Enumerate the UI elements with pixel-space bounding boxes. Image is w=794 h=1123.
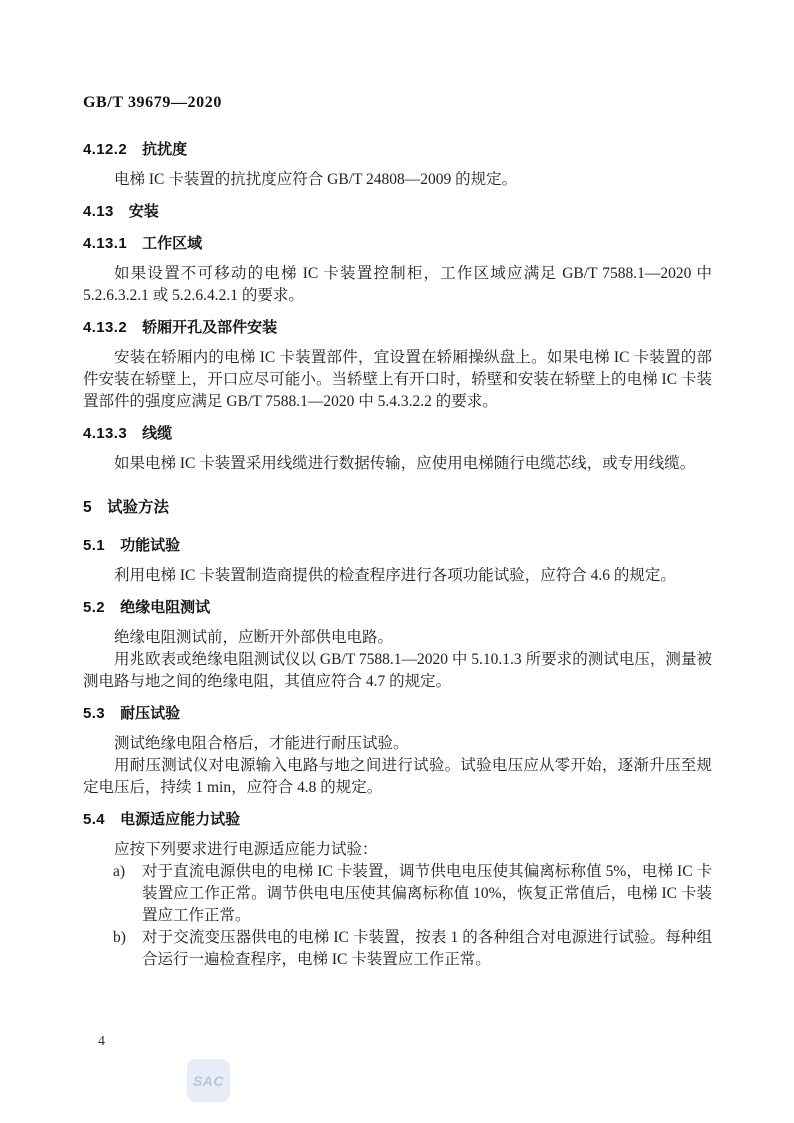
ordered-list: a) 对于直流电源供电的电梯 IC 卡装置，调节供电电压使其偏离标称值 5%，电… [83, 861, 712, 971]
list-item-b: b) 对于交流变压器供电的电梯 IC 卡装置，按表 1 的各种组合对电源进行试验… [83, 927, 712, 971]
section-number: 4.13.1 [83, 233, 127, 255]
section-title: 抗扰度 [142, 141, 187, 158]
paragraph: 绝缘电阻测试前，应断开外部供电电路。 [83, 627, 712, 649]
section-heading-4-13: 4.13安装 [83, 201, 712, 223]
section-title: 功能试验 [120, 537, 180, 554]
paragraph: 电梯 IC 卡装置的抗扰度应符合 GB/T 24808—2009 的规定。 [83, 169, 712, 191]
section-heading-5-2: 5.2绝缘电阻测试 [83, 597, 712, 619]
paragraph: 如果电梯 IC 卡装置采用线缆进行数据传输，应使用电梯随行电缆芯线，或专用线缆。 [83, 453, 712, 475]
section-title: 绝缘电阻测试 [120, 599, 210, 616]
paragraph: 用兆欧表或绝缘电阻测试仪以 GB/T 7588.1—2020 中 5.10.1.… [83, 649, 712, 693]
chapter-title: 试验方法 [107, 499, 169, 516]
section-number: 5.2 [83, 597, 105, 619]
section-number: 5.1 [83, 535, 105, 557]
paragraph: 测试绝缘电阻合格后，才能进行耐压试验。 [83, 733, 712, 755]
sac-logo-text: SAC [193, 1073, 224, 1089]
section-title: 安装 [129, 203, 159, 220]
section-title: 耐压试验 [120, 705, 180, 722]
paragraph: 利用电梯 IC 卡装置制造商提供的检查程序进行各项功能试验，应符合 4.6 的规… [83, 565, 712, 587]
list-item-a: a) 对于直流电源供电的电梯 IC 卡装置，调节供电电压使其偏离标称值 5%，电… [83, 861, 712, 927]
section-title: 线缆 [142, 425, 172, 442]
section-heading-5-1: 5.1功能试验 [83, 535, 712, 557]
sac-watermark-logo: SAC [187, 1059, 230, 1102]
document-page: GB/T 39679—2020 4.12.2抗扰度 电梯 IC 卡装置的抗扰度应… [0, 0, 794, 1123]
section-title: 工作区域 [142, 235, 202, 252]
section-heading-4-13-2: 4.13.2轿厢开孔及部件安装 [83, 317, 712, 339]
chapter-number: 5 [83, 497, 92, 519]
paragraph: 用耐压测试仪对电源输入电路与地之间进行试验。试验电压应从零开始，逐渐升压至规定电… [83, 755, 712, 799]
section-number: 5.4 [83, 809, 105, 831]
section-heading-4-13-3: 4.13.3线缆 [83, 423, 712, 445]
section-title: 轿厢开孔及部件安装 [142, 319, 277, 336]
page-content: GB/T 39679—2020 4.12.2抗扰度 电梯 IC 卡装置的抗扰度应… [83, 92, 712, 971]
section-heading-5-4: 5.4电源适应能力试验 [83, 809, 712, 831]
list-item-text: 对于交流变压器供电的电梯 IC 卡装置，按表 1 的各种组合对电源进行试验。每种… [142, 927, 712, 971]
section-heading-5-3: 5.3耐压试验 [83, 703, 712, 725]
paragraph: 如果设置不可移动的电梯 IC 卡装置控制柜，工作区域应满足 GB/T 7588.… [83, 263, 712, 307]
page-number: 4 [98, 1031, 105, 1053]
section-number: 4.13.2 [83, 317, 127, 339]
section-title: 电源适应能力试验 [120, 811, 240, 828]
paragraph: 安装在轿厢内的电梯 IC 卡装置部件，宜设置在轿厢操纵盘上。如果电梯 IC 卡装… [83, 347, 712, 413]
section-heading-4-12-2: 4.12.2抗扰度 [83, 139, 712, 161]
chapter-heading-5: 5试验方法 [83, 497, 712, 519]
paragraph: 应按下列要求进行电源适应能力试验： [83, 839, 712, 861]
standard-number-header: GB/T 39679—2020 [83, 92, 712, 114]
section-number: 5.3 [83, 703, 105, 725]
section-number: 4.13.3 [83, 423, 127, 445]
section-number: 4.13 [83, 201, 114, 223]
list-marker: a) [113, 861, 142, 927]
list-marker: b) [113, 927, 142, 971]
list-item-text: 对于直流电源供电的电梯 IC 卡装置，调节供电电压使其偏离标称值 5%，电梯 I… [142, 861, 712, 927]
section-number: 4.12.2 [83, 139, 127, 161]
section-heading-4-13-1: 4.13.1工作区域 [83, 233, 712, 255]
